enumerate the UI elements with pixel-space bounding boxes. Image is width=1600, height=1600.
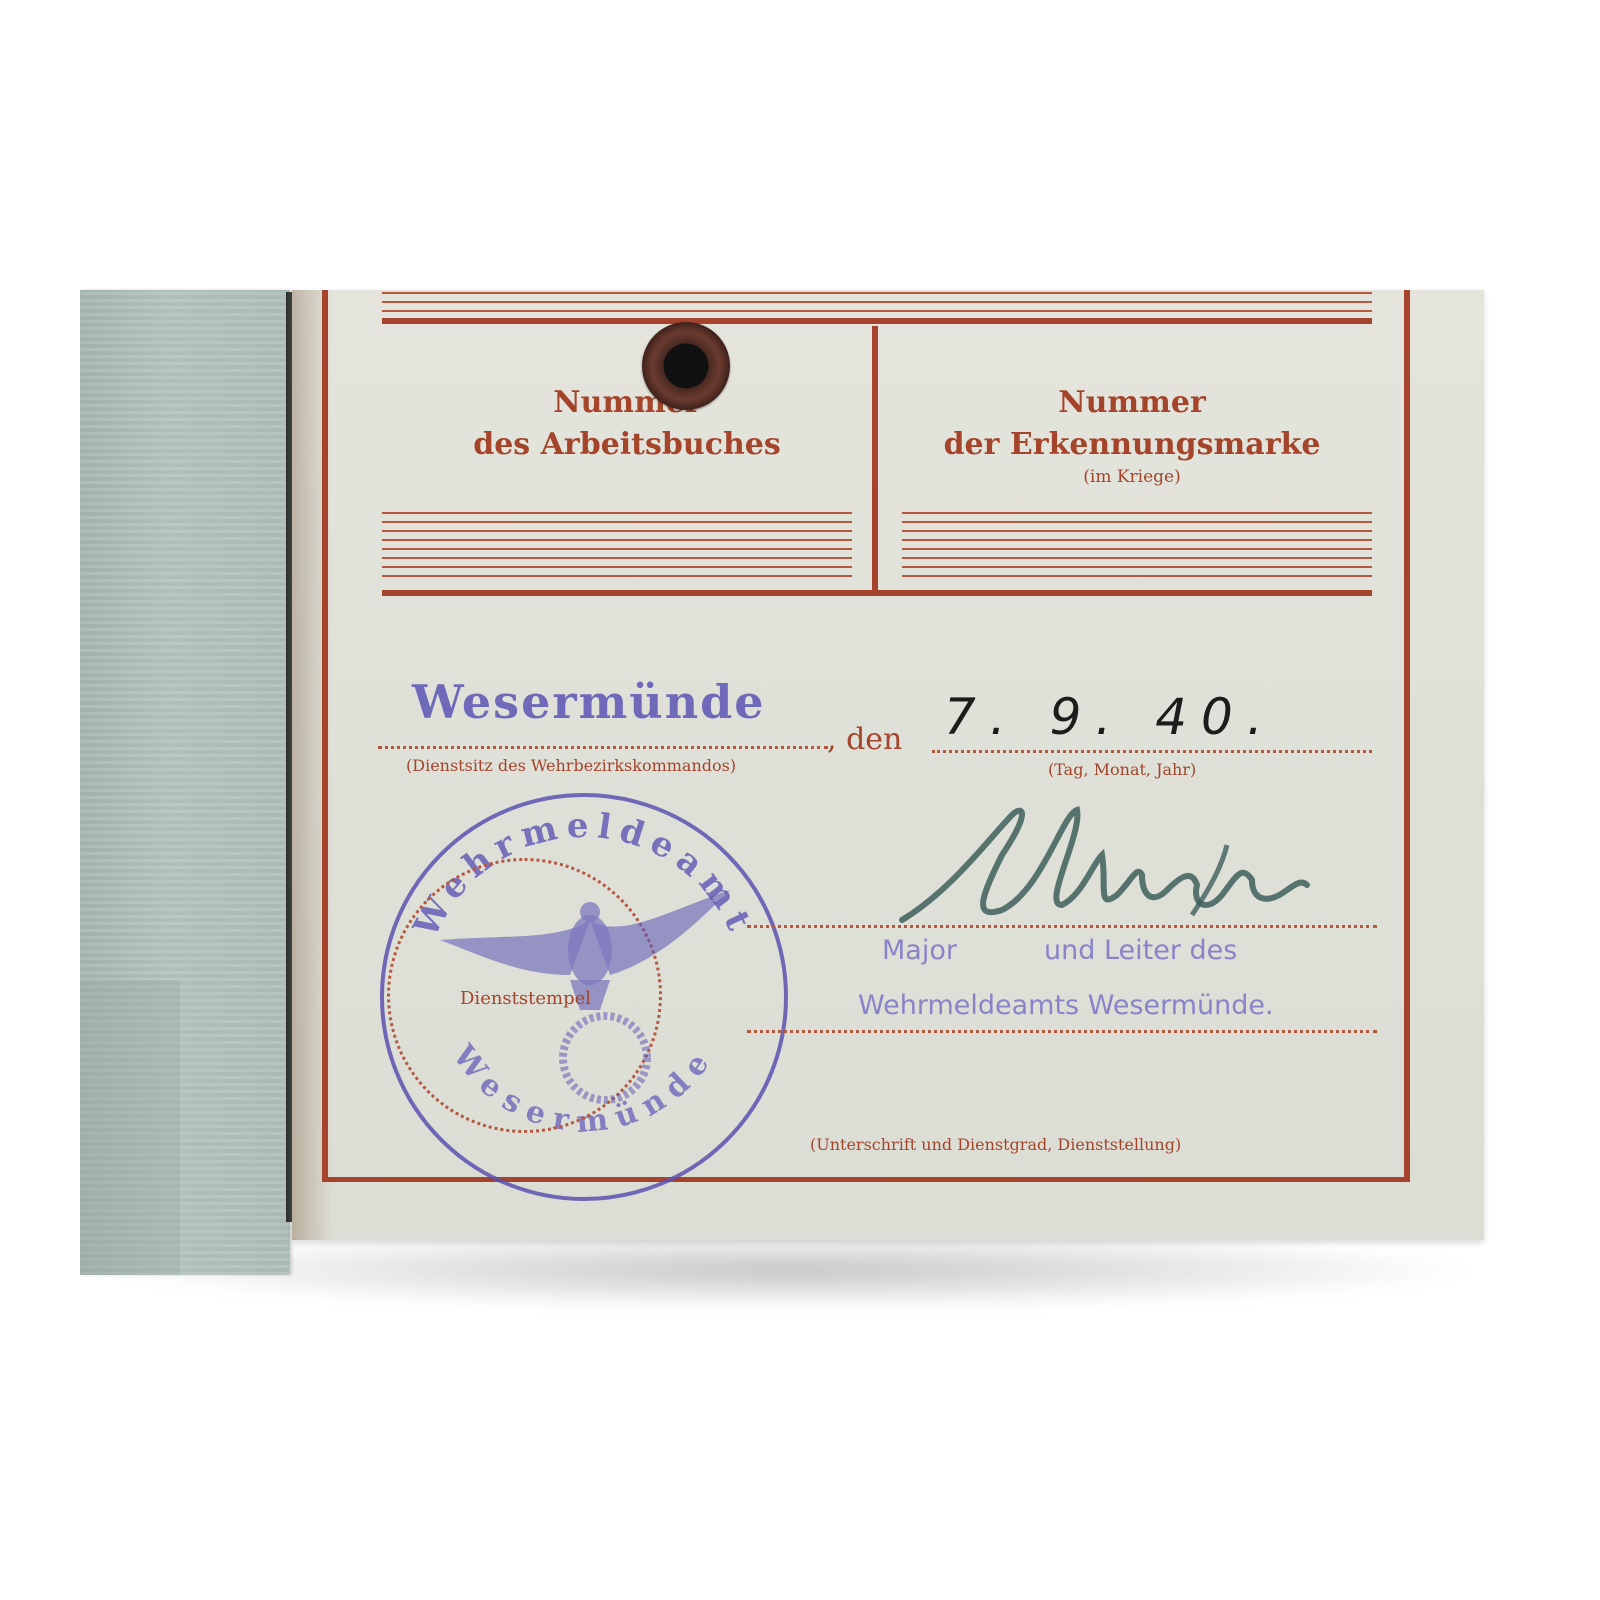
- signature-dotted-line-2: [747, 1030, 1377, 1033]
- erkennungsmarke-subtitle: (im Kriege): [892, 466, 1372, 488]
- arbeitsbuch-title-line2: des Arbeitsbuches: [382, 424, 872, 466]
- page-shadow: [90, 1230, 1490, 1310]
- date-connector: , den: [827, 722, 902, 757]
- seal-center-label: Dienststempel: [460, 988, 591, 1009]
- box-bottom-rule: [382, 590, 1372, 596]
- rank-stamp: Major: [882, 935, 957, 966]
- place-stamp: Wesermünde: [412, 675, 766, 729]
- erkennungsmarke-title-line1: Nummer: [892, 382, 1372, 424]
- date-caption: (Tag, Monat, Jahr): [1048, 760, 1196, 779]
- box-divider: [872, 326, 878, 594]
- cover-flap: [80, 980, 180, 1275]
- arbeitsbuch-heading: Nummer des Arbeitsbuches: [382, 382, 872, 466]
- erkennungsmarke-title-line2: der Erkennungsmarke: [892, 424, 1372, 466]
- document-page: Nummer des Arbeitsbuches Nummer der Erke…: [292, 290, 1484, 1240]
- top-rules: [382, 292, 1372, 324]
- role-stamp: und Leiter des: [1044, 935, 1237, 966]
- place-caption: (Dienstsitz des Wehrbezirkskommandos): [406, 756, 736, 775]
- place-dotted-line: [378, 746, 828, 749]
- date-dotted-line: [932, 750, 1372, 753]
- signature-handwritten: [892, 795, 1312, 945]
- signature-dotted-line-1: [747, 925, 1377, 928]
- erkennungsmarke-heading: Nummer der Erkennungsmarke (im Kriege): [892, 382, 1372, 488]
- arbeitsbuch-number-field: [382, 512, 852, 582]
- eyelet-grommet: [642, 322, 730, 410]
- date-handwritten: 7. 9. 40.: [944, 688, 1277, 746]
- signature-caption: (Unterschrift und Dienstgrad, Dienststel…: [810, 1135, 1181, 1154]
- arbeitsbuch-title-line1: Nummer: [382, 382, 872, 424]
- booklet-cover: [80, 290, 290, 1275]
- erkennungsmarke-number-field: [902, 512, 1372, 582]
- office-stamp: Wehrmeldeamts Wesermünde.: [858, 990, 1274, 1021]
